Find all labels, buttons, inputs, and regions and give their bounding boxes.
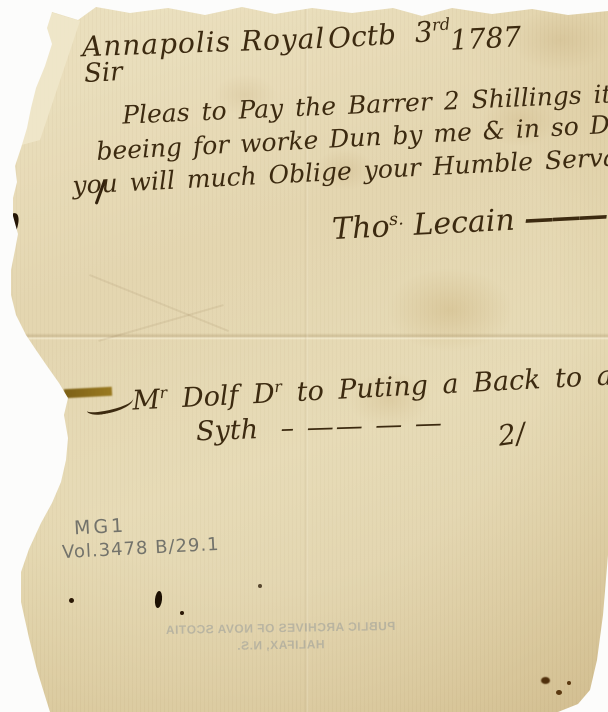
debtor-initial: M (132, 384, 161, 416)
speck (258, 584, 262, 588)
date-month: Octb (327, 18, 397, 56)
manuscript-paper: Annapolis Royal Octb 3rd 1787 Sir Pleas … (0, 0, 608, 712)
date-day-suffix: rd (431, 14, 450, 34)
account-line-wrap: Syth – —— — — (196, 408, 445, 448)
signature: Thos. Lecain ——— (331, 198, 606, 247)
signature-name: Lecain (413, 203, 516, 243)
account-dashes: – —— — — (280, 408, 444, 445)
dateline-date: Octb 3rd (327, 14, 452, 55)
stain-cluster (556, 690, 562, 695)
speck (180, 611, 184, 615)
speck (69, 598, 74, 603)
salutation: Sir (83, 57, 123, 89)
debtor-rest: Dolf D (167, 378, 276, 415)
stain-cluster (567, 681, 571, 685)
archive-ref-line-1: MG1 (73, 515, 126, 540)
stain-cluster (541, 677, 550, 684)
signature-flourish: ——— (523, 198, 606, 237)
service-text: to Puting a Back to a (281, 360, 608, 408)
dateline-year: 1787 (449, 20, 522, 57)
account-line: Mr Dolf Dr to Puting a Back to a (131, 359, 608, 416)
amount: 2/ (496, 416, 528, 452)
date-day: 3 (414, 15, 434, 49)
document-scan: Annapolis Royal Octb 3rd 1787 Sir Pleas … (0, 0, 608, 712)
burn-spot (154, 591, 163, 609)
signature-prefix: Tho (331, 209, 390, 247)
service-wrap-word: Syth (196, 414, 259, 447)
signature-sup: s. (389, 209, 404, 230)
ink-blot (6, 212, 20, 236)
archive-stamp: PUBLIC ARCHIVES OF NOVA SCOTIA HALIFAX, … (158, 618, 404, 657)
